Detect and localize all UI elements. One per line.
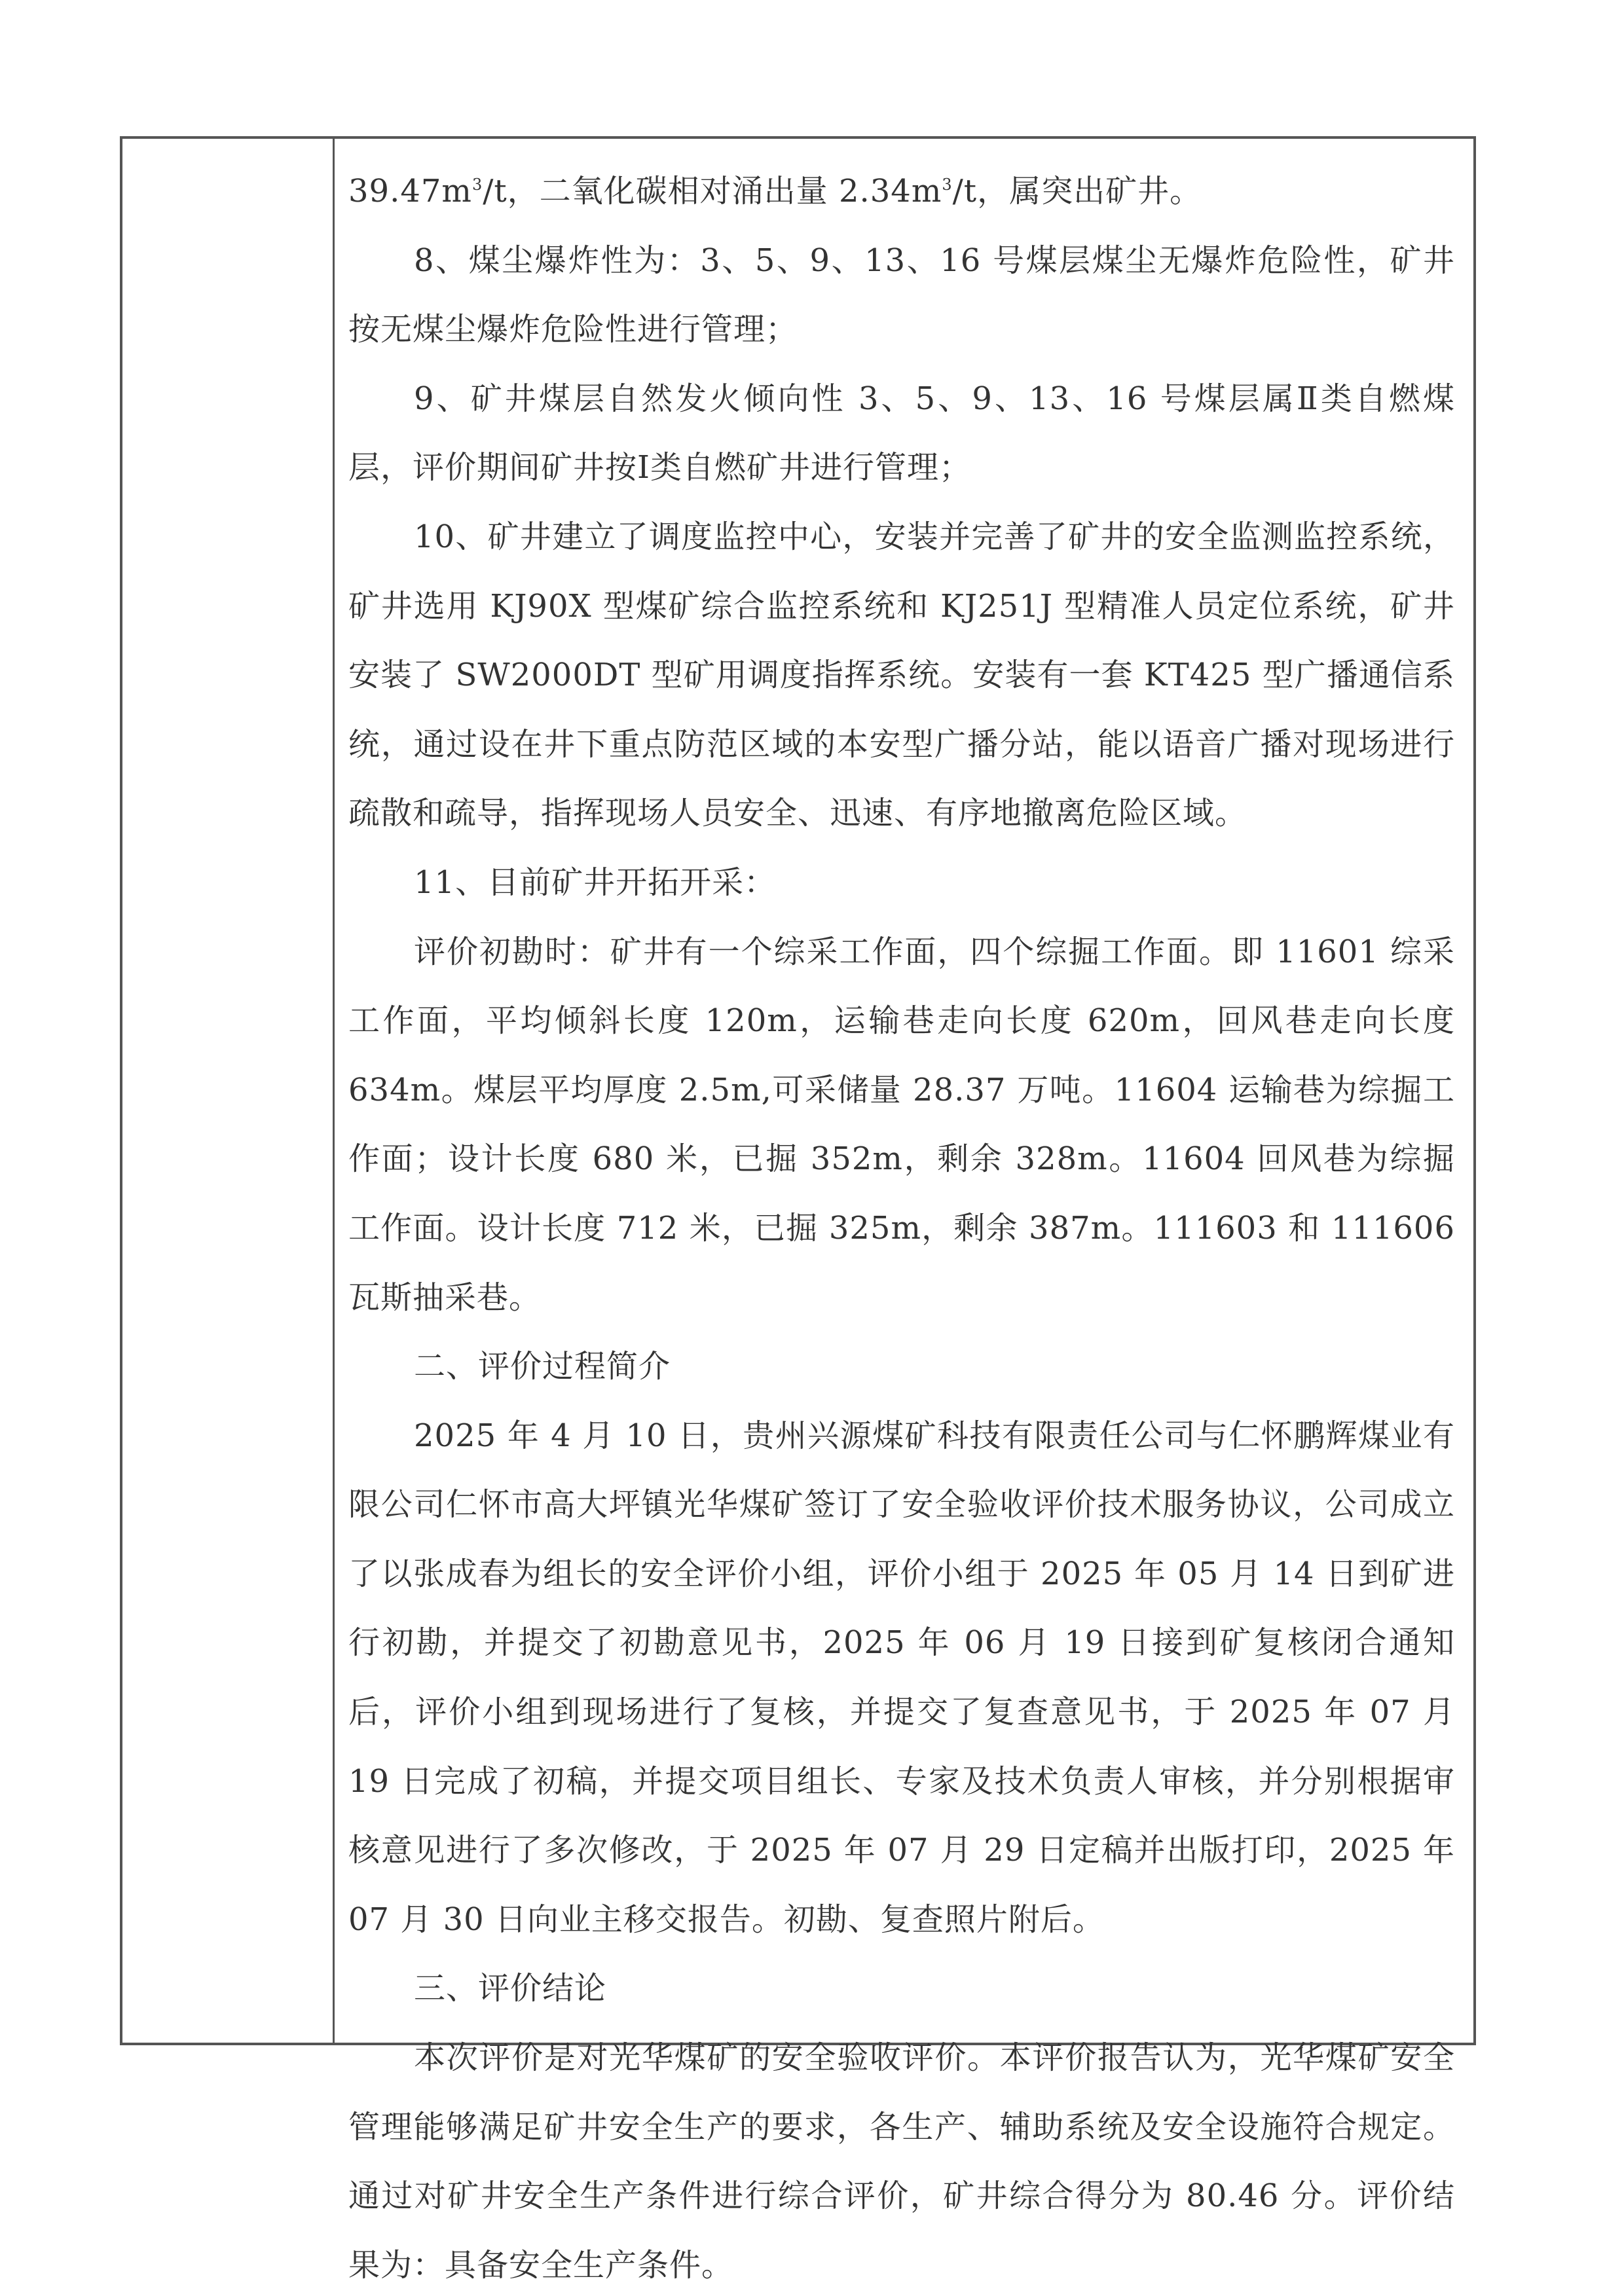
paragraph-evaluation-process: 2025 年 4 月 10 日，贵州兴源煤矿科技有限责任公司与仁怀鹏辉煤业有限公… — [348, 1402, 1455, 1955]
report-table: 39.47m3/t，二氧化碳相对涌出量 2.34m3/t，属突出矿井。 8、煤尘… — [120, 136, 1476, 2045]
paragraph-spontaneous-combustion: 9、矿井煤层自然发火倾向性 3、5、9、13、16 号煤层属Ⅱ类自燃煤层，评价期… — [348, 365, 1455, 503]
heading-evaluation-process: 二、评价过程简介 — [348, 1332, 1455, 1402]
gas-emission-paragraph: 39.47m3/t，二氧化碳相对涌出量 2.34m3/t，属突出矿井。 — [348, 157, 1455, 227]
paragraph-initial-survey: 评价初勘时：矿井有一个综采工作面，四个综掘工作面。即 11601 综采工作面，平… — [348, 918, 1455, 1333]
heading-evaluation-conclusion: 三、评价结论 — [348, 1954, 1455, 2024]
paragraph-mining-status: 11、目前矿井开拓开采： — [348, 848, 1455, 918]
table-content-cell: 39.47m3/t，二氧化碳相对涌出量 2.34m3/t，属突出矿井。 8、煤尘… — [348, 157, 1455, 2296]
table-label-column — [122, 139, 335, 2043]
paragraph-coal-dust: 8、煤尘爆炸性为：3、5、9、13、16 号煤层煤尘无爆炸危险性，矿井按无煤尘爆… — [348, 227, 1455, 365]
paragraph-monitoring-system: 10、矿井建立了调度监控中心，安装并完善了矿井的安全监测监控系统，矿井选用 KJ… — [348, 503, 1455, 848]
paragraph-evaluation-conclusion: 本次评价是对光华煤矿的安全验收评价。本评价报告认为，光华煤矿安全管理能够满足矿井… — [348, 2024, 1455, 2296]
